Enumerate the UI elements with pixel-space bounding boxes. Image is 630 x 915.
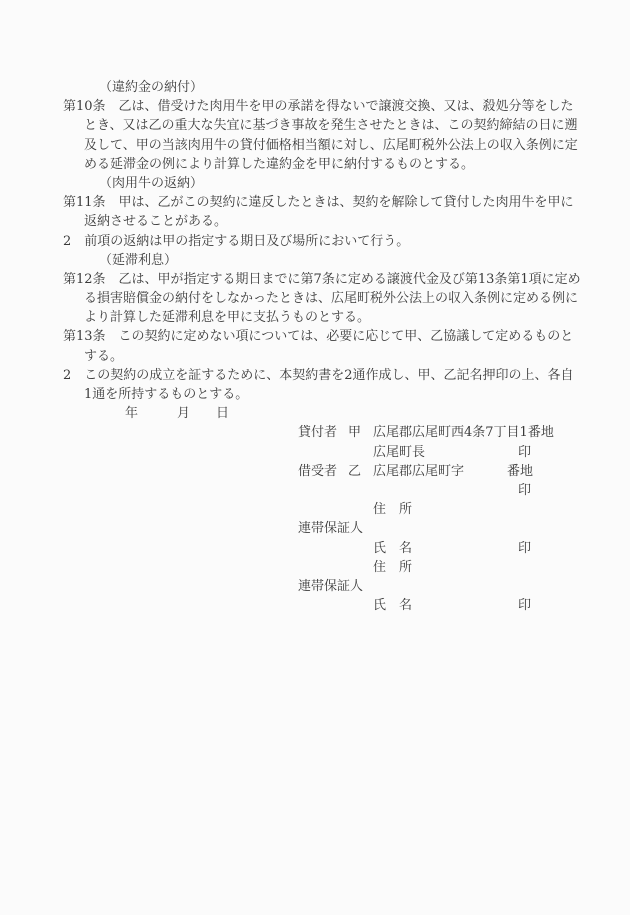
contract-body: （違約金の納付） 第10条 乙は、借受けた肉用牛を甲の承諾を得ないで譲渡交換、又… [0, 78, 630, 615]
signer-role: 貸付者 [298, 423, 337, 442]
article-13-line: 第13条 この契約に定めない項については、必要に応じて甲、乙協議して定めるものと [0, 327, 630, 346]
signer-role: 連帯保証人 [298, 577, 363, 596]
closing-clause-line: 1通を所持するものとする。 [0, 385, 630, 404]
article-10-line: 及して、甲の当該肉用牛の貸付価格相当額に対し、広尾町税外公法上の収入条例に定 [0, 136, 630, 155]
article-12-line: 第12条 乙は、甲が指定する期日までに第7条に定める譲渡代金及び第13条第1項に… [0, 270, 630, 289]
date-line: 年 月 日 [0, 404, 630, 423]
signature-row-guarantor2-address: 住 所 [0, 558, 630, 577]
article-10-line: 第10条 乙は、借受けた肉用牛を甲の承諾を得ないで譲渡交換、又は、殺処分等をした [0, 97, 630, 116]
article-10-line: とき、又は乙の重大な失宜に基づき事故を発生させたときは、この契約締結の日に遡 [0, 116, 630, 135]
signer-title: 広尾町長 [373, 443, 425, 462]
signer-role: 借受者 [298, 462, 337, 481]
section-caption-return: （肉用牛の返納） [0, 174, 630, 193]
signature-row-lender: 貸付者 甲 広尾郡広尾町西4条7丁目1番地 [0, 423, 630, 442]
signature-row-borrower-seal: 印 [0, 481, 630, 500]
article-11-paragraph-2: 2 前項の返納は甲の指定する期日及び場所において行う。 [0, 232, 630, 251]
address-suffix: 番地 [507, 462, 533, 481]
seal-mark: 印 [518, 596, 531, 615]
name-field-label: 氏 名 [373, 539, 412, 558]
article-11-line: 返納させることがある。 [0, 212, 630, 231]
closing-clause-line: 2 この契約の成立を証するために、本契約書を2通作成し、甲、乙記名押印の上、各自 [0, 366, 630, 385]
address-field-label: 住 所 [373, 558, 412, 577]
signature-row-borrower: 借受者 乙 広尾郡広尾町字 番地 [0, 462, 630, 481]
signature-row-lender-name: 広尾町長 印 [0, 443, 630, 462]
party-designation: 甲 [348, 423, 361, 442]
seal-mark: 印 [518, 443, 531, 462]
document-page: （違約金の納付） 第10条 乙は、借受けた肉用牛を甲の承諾を得ないで譲渡交換、又… [0, 0, 630, 915]
signer-role: 連帯保証人 [298, 519, 363, 538]
article-11-line: 第11条 甲は、乙がこの契約に違反したときは、契約を解除して貸付した肉用牛を甲に [0, 193, 630, 212]
signature-row-guarantor1-address: 住 所 [0, 500, 630, 519]
section-caption-interest: （延滞利息） [0, 251, 630, 270]
article-12-line: より計算した延滞利息を甲に支払うものとする。 [0, 308, 630, 327]
signature-row-guarantor2: 連帯保証人 [0, 577, 630, 596]
signature-row-guarantor1-name: 氏 名 印 [0, 539, 630, 558]
signer-address: 広尾郡広尾町字 [373, 462, 464, 481]
article-12-line: る損害賠償金の納付をしなかったときは、広尾町税外公法上の収入条例に定める例に [0, 289, 630, 308]
article-10-line: める延滞金の例により計算した違約金を甲に納付するものとする。 [0, 155, 630, 174]
signature-row-guarantor2-name: 氏 名 印 [0, 596, 630, 615]
name-field-label: 氏 名 [373, 596, 412, 615]
article-13-line: する。 [0, 347, 630, 366]
section-caption-penalty: （違約金の納付） [0, 78, 630, 97]
signature-row-guarantor1: 連帯保証人 [0, 519, 630, 538]
seal-mark: 印 [518, 539, 531, 558]
party-designation: 乙 [348, 462, 361, 481]
seal-mark: 印 [518, 481, 531, 500]
signer-address: 広尾郡広尾町西4条7丁目1番地 [373, 423, 554, 442]
address-field-label: 住 所 [373, 500, 412, 519]
